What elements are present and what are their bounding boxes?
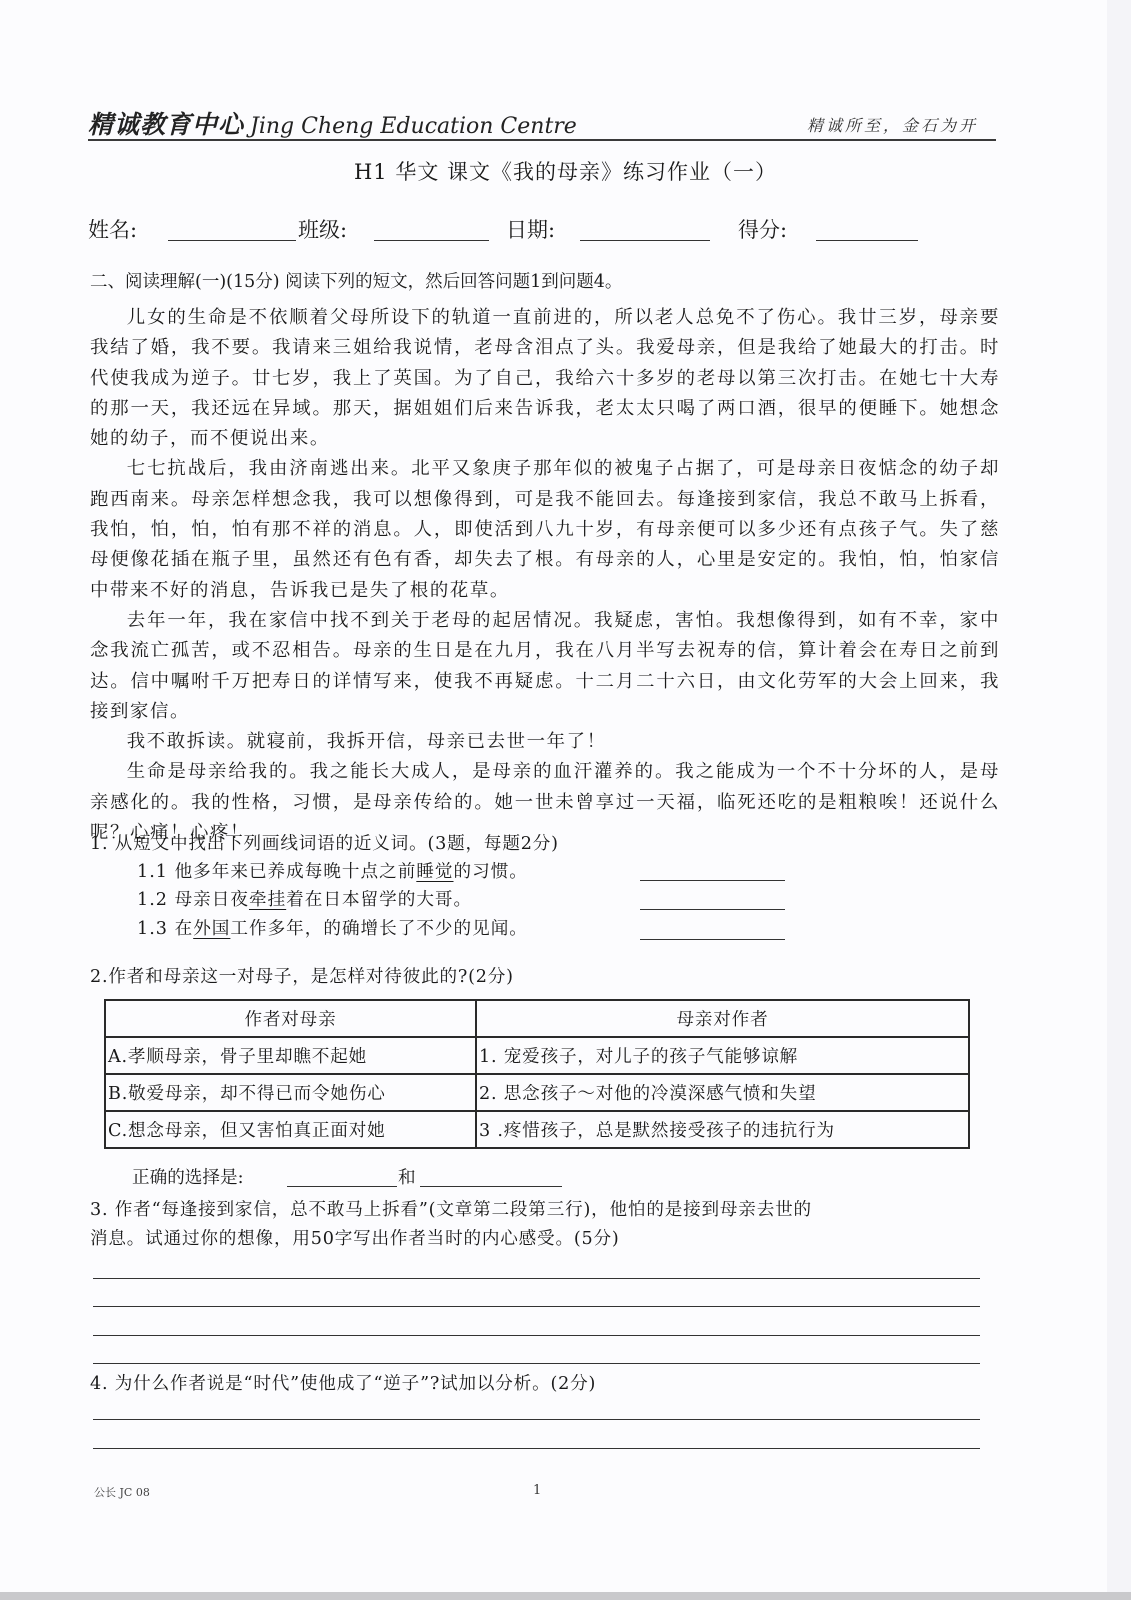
passage-paragraph: 我不敢拆读。就寝前，我拆开信，母亲已去世一年了！ — [90, 727, 1000, 757]
answer-3-line[interactable] — [93, 1362, 980, 1364]
answer-1-3-field[interactable] — [640, 937, 785, 940]
correct-choice-label: 正确的选择是: — [132, 1168, 244, 1188]
answer-3-line[interactable] — [93, 1277, 980, 1279]
option-2: 2. 思念孩子～对他的冷漠深感气愤和失望 — [476, 1074, 969, 1111]
question-1-prompt: 1. 从短文中找出下列画线词语的近义词。(3题，每题2分) — [90, 830, 559, 855]
column-header: 母亲对作者 — [476, 1000, 969, 1037]
letterhead: 精诚教育中心Jing Cheng Education Centre 精诚所至，金… — [88, 103, 996, 141]
option-1: 1. 宠爱孩子，对儿子的孩子气能够谅解 — [476, 1037, 969, 1074]
correct-choice-row: 正确的选择是: — [132, 1164, 244, 1189]
student-info-row: 姓名: 班级: 日期: 得分: — [88, 214, 988, 246]
table-row: B.敬爱母亲，却不得已而令她伤心 2. 思念孩子～对他的冷漠深感气愤和失望 — [105, 1074, 969, 1111]
choice-answer-field-2[interactable] — [420, 1162, 562, 1187]
answer-3-line[interactable] — [93, 1305, 980, 1307]
brand-english: Jing Cheng Education Centre — [250, 114, 577, 139]
passage-paragraph: 七七抗战后，我由济南逃出来。北平又象庚子那年似的被鬼子占据了，可是母亲日夜惦念的… — [90, 454, 1000, 605]
option-c: C.想念母亲，但又害怕真正面对她 — [105, 1111, 476, 1148]
underlined-word: 睡觉 — [416, 862, 453, 882]
item-text: 的习惯。 — [454, 862, 528, 882]
table-header-row: 作者对母亲 母亲对作者 — [105, 1000, 969, 1037]
item-text: 母亲日夜 — [175, 890, 249, 910]
brand-logo: 精诚教育中心Jing Cheng Education Centre — [88, 105, 577, 141]
question-3-prompt-line2: 消息。试通过你的想像，用50字写出作者当时的内心感受。(5分) — [90, 1225, 620, 1250]
item-number: 1.1 — [137, 862, 168, 882]
table-row: C.想念母亲，但又害怕真正面对她 3 .疼惜孩子，总是默然接受孩子的违抗行为 — [105, 1111, 969, 1148]
answer-4-line[interactable] — [93, 1447, 980, 1449]
date-label: 日期: — [506, 214, 555, 244]
class-label: 班级: — [298, 214, 347, 244]
reading-passage: 儿女的生命是不依顺着父母所设下的轨道一直前进的，所以老人总免不了伤心。我廿三岁，… — [90, 303, 1000, 848]
name-field[interactable] — [168, 214, 296, 241]
answer-1-2-field[interactable] — [640, 907, 785, 910]
brand-chinese: 精诚教育中心 — [88, 110, 244, 139]
option-b: B.敬爱母亲，却不得已而令她伤心 — [105, 1074, 476, 1111]
page-number: 1 — [533, 1483, 541, 1498]
option-3: 3 .疼惜孩子，总是默然接受孩子的违抗行为 — [476, 1111, 969, 1148]
class-field[interactable] — [374, 214, 489, 241]
question-2-prompt: 2.作者和母亲这一对母子，是怎样对待彼此的?(2分) — [90, 963, 514, 988]
and-label: 和 — [398, 1164, 416, 1189]
name-label: 姓名: — [88, 214, 137, 244]
question-1-2: 1.2 母亲日夜牵挂着在日本留学的大哥。 — [137, 886, 472, 911]
motto: 精诚所至，金石为开 — [807, 113, 978, 136]
form-code: 公长 JC 08 — [94, 1484, 150, 1500]
choice-answer-field-1[interactable] — [287, 1162, 397, 1187]
answer-3-line[interactable] — [93, 1334, 980, 1336]
item-number: 1.2 — [137, 890, 168, 910]
question-4-prompt: 4. 为什么作者说是“时代”使他成了“逆子”?试加以分析。(2分) — [90, 1370, 596, 1395]
table-row: A.孝顺母亲，骨子里却瞧不起她 1. 宠爱孩子，对儿子的孩子气能够谅解 — [105, 1037, 969, 1074]
underlined-word: 牵挂 — [249, 890, 286, 910]
option-a: A.孝顺母亲，骨子里却瞧不起她 — [105, 1037, 476, 1074]
scan-bottom-edge — [0, 1592, 1131, 1600]
matching-table: 作者对母亲 母亲对作者 A.孝顺母亲，骨子里却瞧不起她 1. 宠爱孩子，对儿子的… — [104, 999, 970, 1149]
item-text: 工作多年，的确增长了不少的见闻。 — [230, 919, 528, 939]
underlined-word: 外国 — [193, 919, 230, 939]
column-header: 作者对母亲 — [105, 1000, 476, 1037]
score-label: 得分: — [738, 214, 787, 244]
score-field[interactable] — [816, 214, 918, 241]
passage-paragraph: 儿女的生命是不依顺着父母所设下的轨道一直前进的，所以老人总免不了伤心。我廿三岁，… — [90, 303, 1000, 454]
item-text: 他多年来已养成每晚十点之前 — [175, 862, 417, 882]
item-text: 着在日本留学的大哥。 — [286, 890, 472, 910]
question-1-1: 1.1 他多年来已养成每晚十点之前睡觉的习惯。 — [137, 858, 528, 883]
answer-4-line[interactable] — [93, 1418, 980, 1420]
worksheet-title: H1 华文 课文《我的母亲》练习作业（一） — [0, 156, 1131, 186]
item-number: 1.3 — [137, 919, 168, 939]
item-text: 在 — [175, 919, 194, 939]
answer-1-1-field[interactable] — [640, 878, 785, 881]
question-3-prompt-line1: 3. 作者“每逢接到家信，总不敢马上拆看”(文章第二段第三行)，他怕的是接到母亲… — [90, 1196, 812, 1221]
scan-edge — [1107, 0, 1131, 1592]
passage-paragraph: 去年一年，我在家信中找不到关于老母的起居情况。我疑虑，害怕。我想像得到，如有不幸… — [90, 606, 1000, 727]
date-field[interactable] — [580, 214, 710, 241]
question-1-3: 1.3 在外国工作多年，的确增长了不少的见闻。 — [137, 915, 528, 940]
section-heading: 二、阅读理解(一)(15分) 阅读下列的短文，然后回答问题1到问题4。 — [90, 268, 622, 293]
